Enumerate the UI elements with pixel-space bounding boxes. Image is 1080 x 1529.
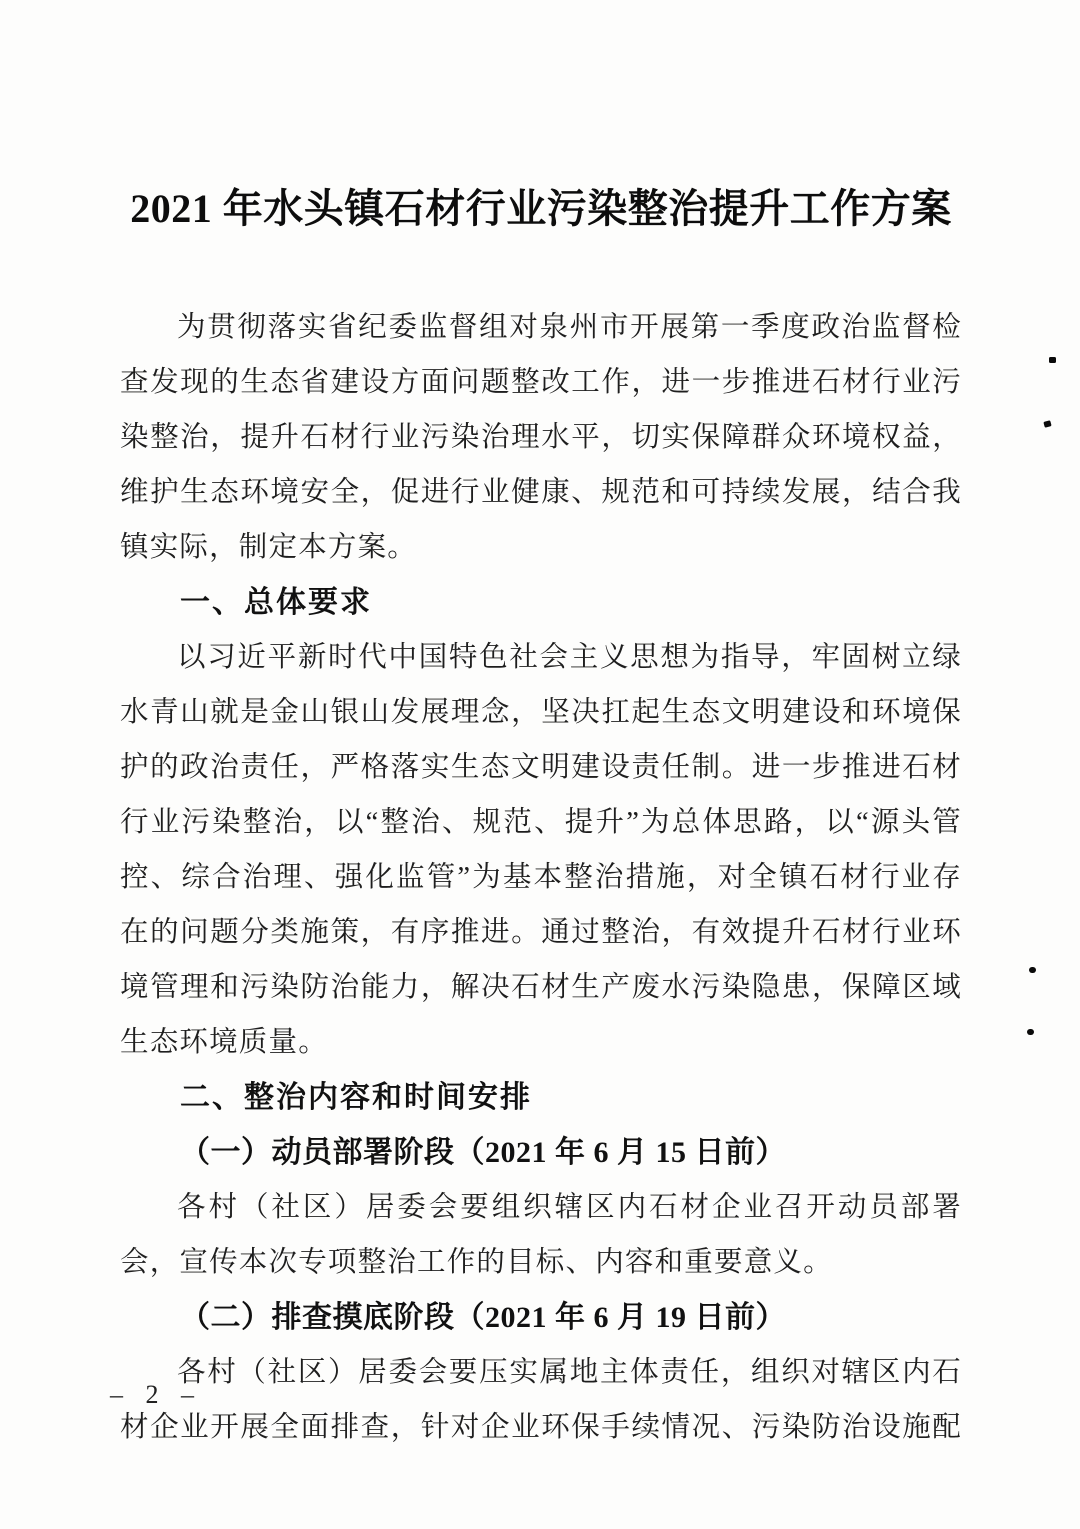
intro-paragraph: 为贯彻落实省纪委监督组对泉州市开展第一季度政治监督检查发现的生态省建设方面问题整… <box>120 300 962 575</box>
document-title: 2021 年水头镇石材行业污染整治提升工作方案 <box>120 178 962 240</box>
stage-2-paragraph: 各村（社区）居委会要压实属地主体责任，组织对辖区内石材企业开展全面排查，针对企业… <box>120 1345 962 1455</box>
stage-1-heading: （一）动员部署阶段（2021 年 6 月 15 日前） <box>120 1125 962 1180</box>
scan-artifact-dot <box>1027 1029 1034 1035</box>
document-content: 2021 年水头镇石材行业污染整治提升工作方案 为贯彻落实省纪委监督组对泉州市开… <box>120 0 962 1455</box>
scan-artifact-dot <box>1049 357 1056 363</box>
page-number: – 2 – <box>110 1380 202 1410</box>
section-2-heading: 二、整治内容和时间安排 <box>120 1070 962 1125</box>
document-page: 2021 年水头镇石材行业污染整治提升工作方案 为贯彻落实省纪委监督组对泉州市开… <box>0 0 1080 1529</box>
scan-artifact-dot <box>1029 967 1036 973</box>
scan-artifact-dot <box>1043 420 1051 428</box>
stage-1-paragraph: 各村（社区）居委会要组织辖区内石材企业召开动员部署会，宣传本次专项整治工作的目标… <box>120 1180 962 1290</box>
section-1-heading: 一、总体要求 <box>120 575 962 630</box>
section-1-paragraph: 以习近平新时代中国特色社会主义思想为指导，牢固树立绿水青山就是金山银山发展理念，… <box>120 630 962 1070</box>
stage-2-heading: （二）排查摸底阶段（2021 年 6 月 19 日前） <box>120 1290 962 1345</box>
